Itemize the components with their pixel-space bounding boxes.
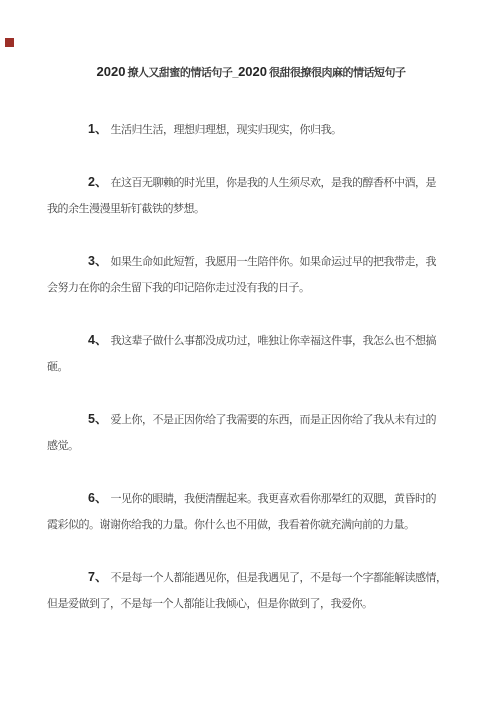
quote-line: 会努力在你的余生留下我的印记陪你走过没有我的日子。 xyxy=(47,282,310,294)
quote-number: 1、 xyxy=(88,122,107,136)
quote-line: 我的余生漫漫里斩钉截铁的梦想。 xyxy=(47,203,205,215)
article-content: 2020撩人又甜蜜的情话句子_2020很甜很撩很肉麻的情话短句子 1、生活归生活… xyxy=(0,0,500,617)
quote-line: 一见你的眼睛，我便清醒起来。我更喜欢看你那晕红的双腮，黄昏时的 xyxy=(110,493,436,505)
quote-line: 霞彩似的。谢谢你给我的力量。你什么也不用做，我看着你就充满向前的力量。 xyxy=(47,519,415,531)
page-title: 2020撩人又甜蜜的情话句子_2020很甜很撩很肉麻的情话短句子 xyxy=(47,59,455,86)
quote-line: 砸。 xyxy=(47,361,68,373)
quote-item-5: 5、爱上你，不是正因你给了我需要的东西，而是正因你给了我从未有过的感觉。 xyxy=(47,406,455,459)
quote-item-7: 7、不是每一个人都能遇见你，但是我遇见了，不是每一个字都能解读感情，但是爱做到了… xyxy=(47,564,455,617)
quote-item-1: 1、生活归生活，理想归理想，现实归现实，你归我。 xyxy=(47,116,455,143)
quote-line: 感觉。 xyxy=(47,440,79,452)
quote-line: 如果生命如此短暂，我愿用一生陪伴你。如果命运过早的把我带走，我 xyxy=(110,256,436,268)
quote-number: 4、 xyxy=(88,333,107,347)
title-year-1: 2020 xyxy=(97,64,126,79)
quote-item-4: 4、我这辈子做什么事都没成功过，唯独让你幸福这件事，我怎么也不想搞砸。 xyxy=(47,327,455,380)
quote-number: 6、 xyxy=(88,491,107,505)
quotes-list: 1、生活归生活，理想归理想，现实归现实，你归我。 2、在这百无聊赖的时光里，你是… xyxy=(47,116,455,617)
quote-line: 在这百无聊赖的时光里，你是我的人生须尽欢，是我的醇香杯中酒，是 xyxy=(110,177,436,189)
quote-item-2: 2、在这百无聊赖的时光里，你是我的人生须尽欢，是我的醇香杯中酒，是我的余生漫漫里… xyxy=(47,169,455,222)
quote-line: 但是爱做到了，不是每一个人都能让我倾心，但是你做到了，我爱你。 xyxy=(47,598,373,610)
title-part-1: 撩人又甜蜜的情话句子_ xyxy=(127,67,238,79)
title-year-2: 2020 xyxy=(238,64,267,79)
quote-line: 我这辈子做什么事都没成功过，唯独让你幸福这件事，我怎么也不想搞 xyxy=(110,335,436,347)
quote-number: 7、 xyxy=(88,570,107,584)
quote-item-6: 6、一见你的眼睛，我便清醒起来。我更喜欢看你那晕红的双腮，黄昏时的霞彩似的。谢谢… xyxy=(47,485,455,538)
quote-number: 5、 xyxy=(88,412,107,426)
quote-line: 不是每一个人都能遇见你，但是我遇见了，不是每一个字都能解读感情， xyxy=(110,572,446,584)
quote-line: 生活归生活，理想归理想，现实归现实，你归我。 xyxy=(110,124,341,136)
quote-number: 3、 xyxy=(88,254,107,268)
quote-line: 爱上你，不是正因你给了我需要的东西，而是正因你给了我从未有过的 xyxy=(110,414,436,426)
quote-item-3: 3、如果生命如此短暂，我愿用一生陪伴你。如果命运过早的把我带走，我会努力在你的余… xyxy=(47,248,455,301)
document-page: 2020撩人又甜蜜的情话句子_2020很甜很撩很肉麻的情话短句子 1、生活归生活… xyxy=(0,0,500,707)
quote-number: 2、 xyxy=(88,175,107,189)
title-part-2: 很甜很撩很肉麻的情话短句子 xyxy=(269,67,406,79)
